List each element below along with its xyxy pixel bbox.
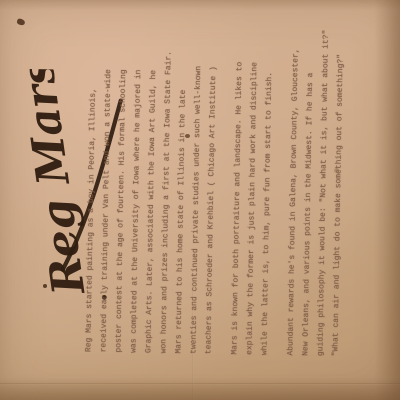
photo-vignette bbox=[0, 0, 400, 400]
photo-of-typed-page: Reg Mars. Reg Mars started painting as a… bbox=[0, 0, 400, 400]
